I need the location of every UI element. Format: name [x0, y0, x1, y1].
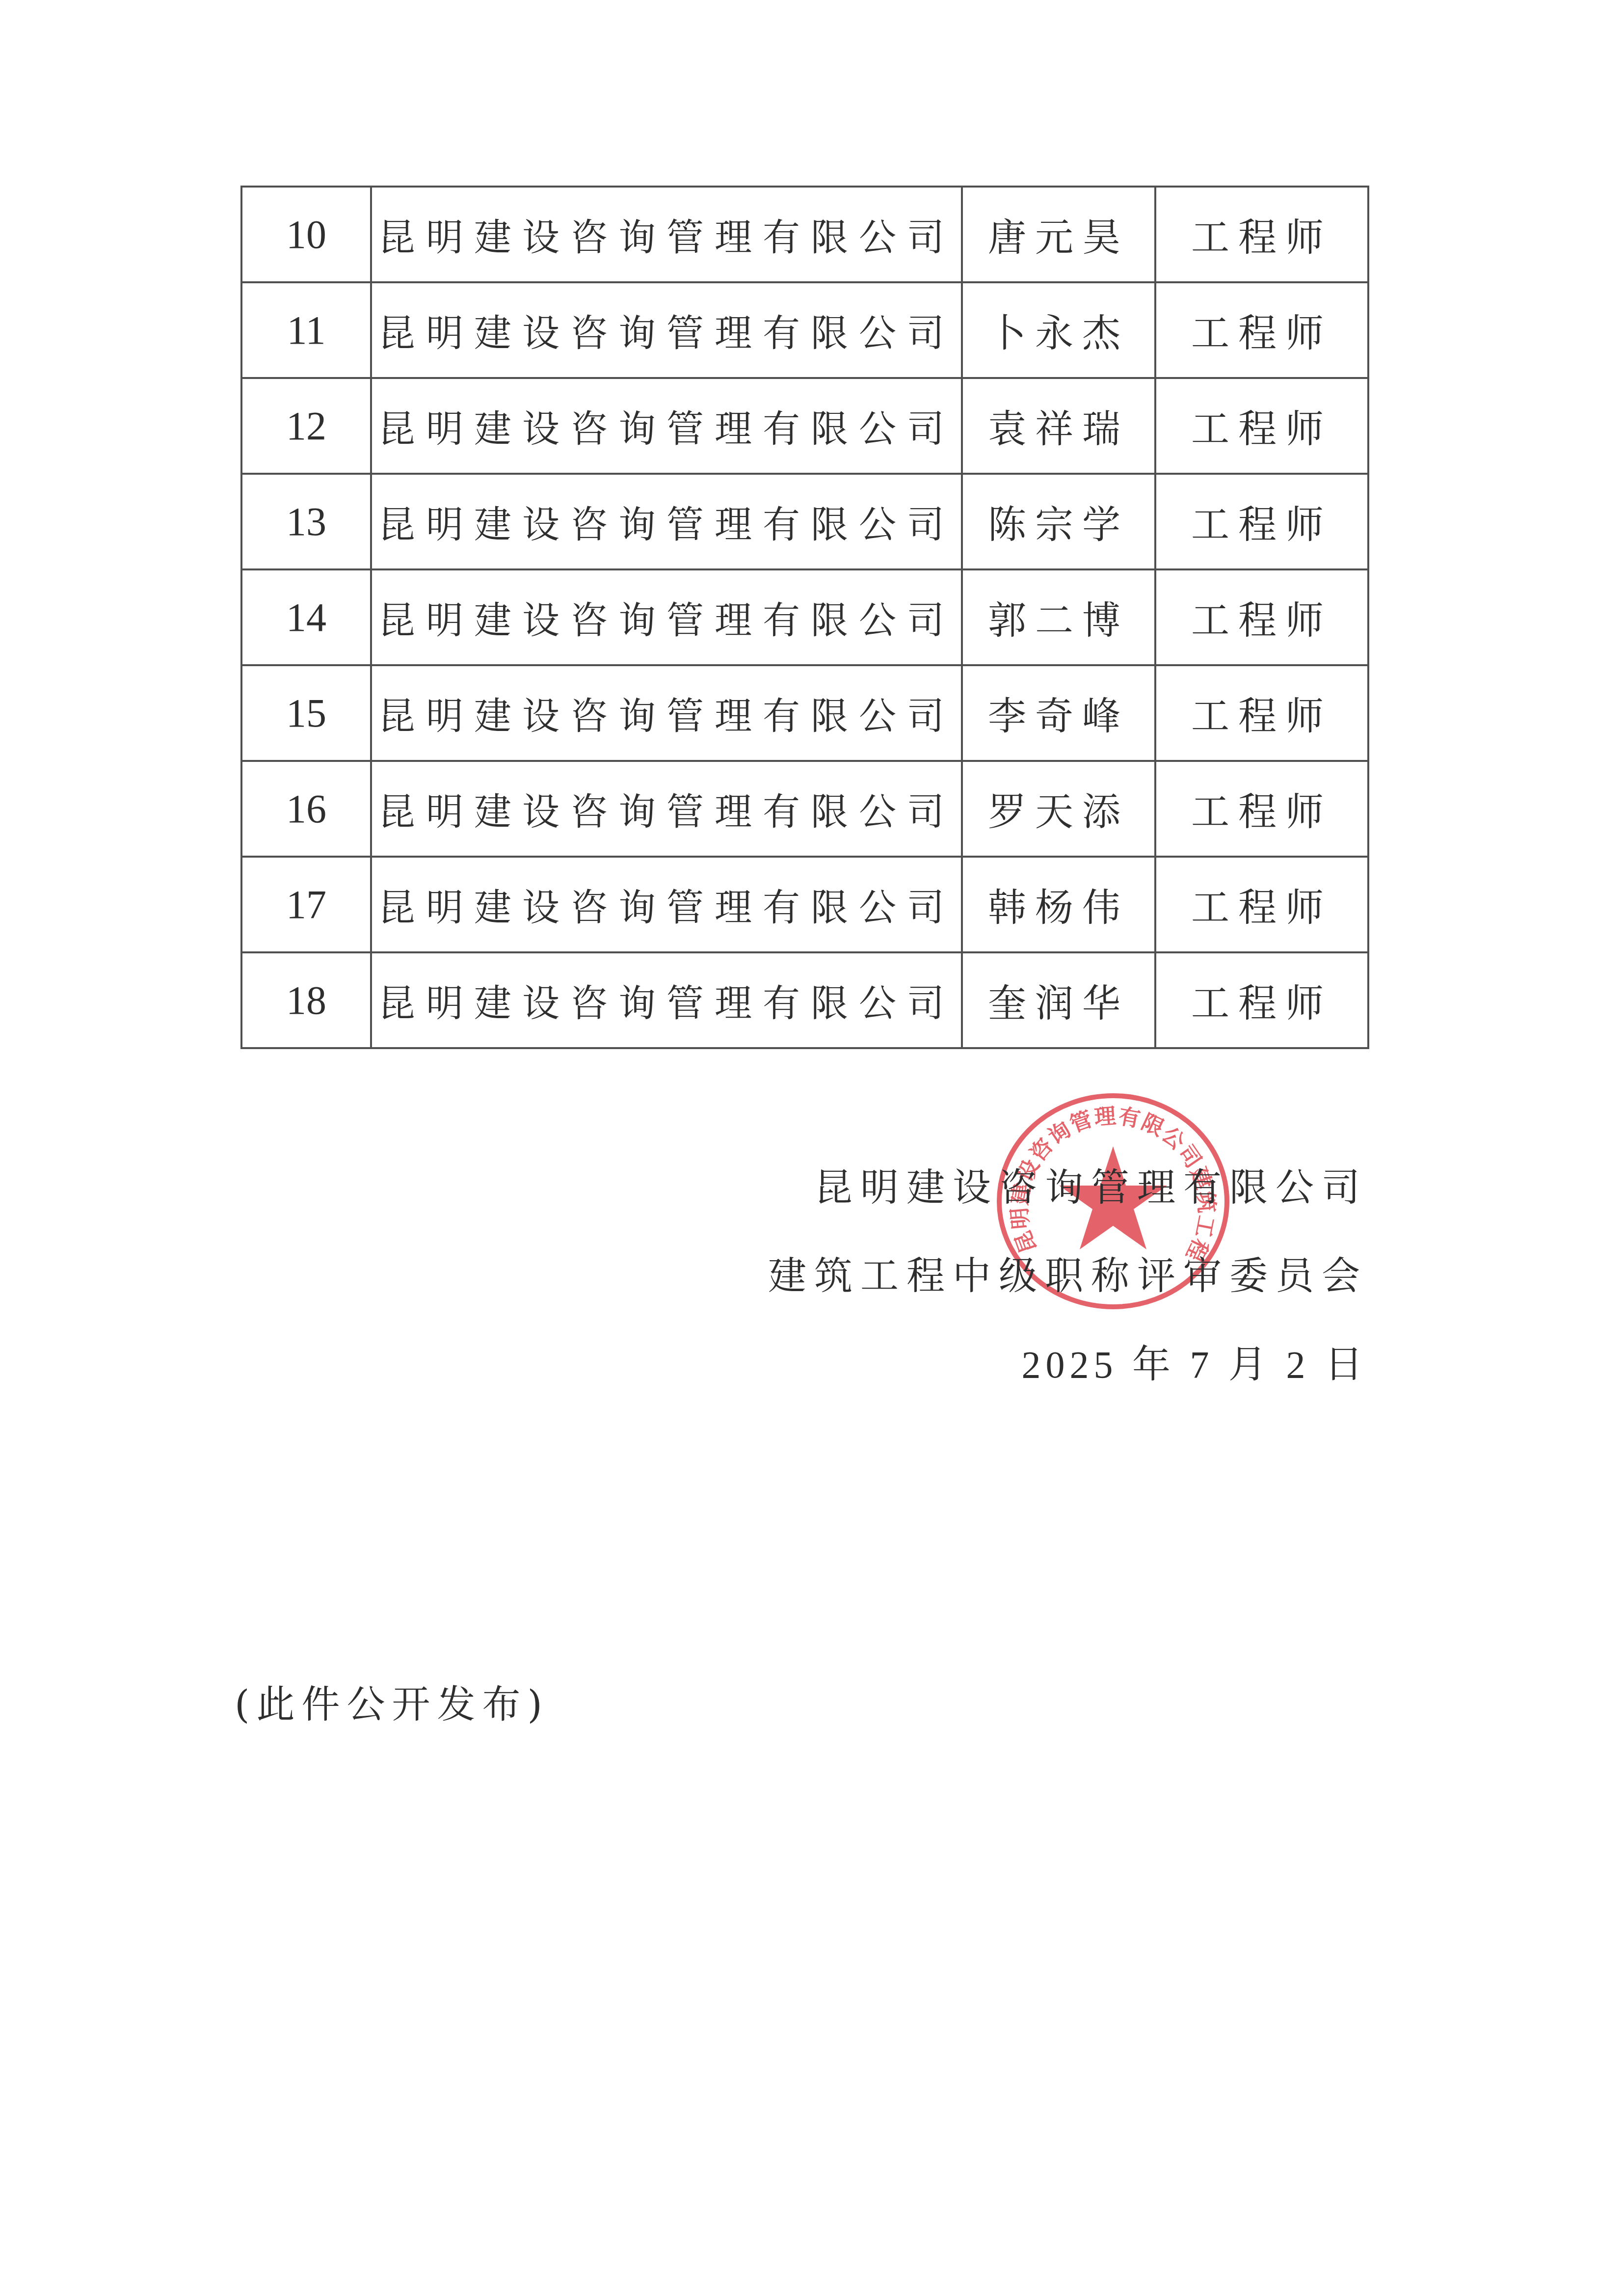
table-row: 12 昆明建设咨询管理有限公司 袁祥瑞 工程师	[241, 378, 1368, 474]
row-index: 15	[241, 665, 371, 761]
row-organization: 昆明建设咨询管理有限公司	[371, 474, 962, 569]
document-page: 10 昆明建设咨询管理有限公司 唐元昊 工程师 11 昆明建设咨询管理有限公司 …	[0, 0, 1623, 2296]
table-row: 15 昆明建设咨询管理有限公司 李奇峰 工程师	[241, 665, 1368, 761]
row-index: 16	[241, 761, 371, 857]
signature-block: 昆明建设咨询管理有限公司 建筑工程中级职称评审委员会 2025 年 7 月 2 …	[768, 1159, 1368, 1424]
row-index: 18	[241, 952, 371, 1048]
publication-note: (此件公开发布)	[235, 1674, 549, 1729]
row-index: 13	[241, 474, 371, 569]
row-title: 工程师	[1155, 569, 1368, 665]
row-index: 11	[241, 282, 371, 378]
row-index: 14	[241, 569, 371, 665]
row-organization: 昆明建设咨询管理有限公司	[371, 857, 962, 952]
row-name: 袁祥瑞	[962, 378, 1155, 474]
row-name: 李奇峰	[962, 665, 1155, 761]
row-organization: 昆明建设咨询管理有限公司	[371, 187, 962, 282]
signature-organization: 昆明建设咨询管理有限公司	[768, 1159, 1368, 1247]
row-organization: 昆明建设咨询管理有限公司	[371, 665, 962, 761]
row-organization: 昆明建设咨询管理有限公司	[371, 761, 962, 857]
table-row: 16 昆明建设咨询管理有限公司 罗天添 工程师	[241, 761, 1368, 857]
table-row: 10 昆明建设咨询管理有限公司 唐元昊 工程师	[241, 187, 1368, 282]
row-index: 17	[241, 857, 371, 952]
row-organization: 昆明建设咨询管理有限公司	[371, 282, 962, 378]
row-title: 工程师	[1155, 761, 1368, 857]
row-organization: 昆明建设咨询管理有限公司	[371, 569, 962, 665]
row-title: 工程师	[1155, 857, 1368, 952]
row-title: 工程师	[1155, 378, 1368, 474]
row-name: 卜永杰	[962, 282, 1155, 378]
table-row: 13 昆明建设咨询管理有限公司 陈宗学 工程师	[241, 474, 1368, 569]
row-name: 韩杨伟	[962, 857, 1155, 952]
row-title: 工程师	[1155, 187, 1368, 282]
row-index: 10	[241, 187, 371, 282]
row-name: 唐元昊	[962, 187, 1155, 282]
row-name: 奎润华	[962, 952, 1155, 1048]
row-title: 工程师	[1155, 665, 1368, 761]
row-name: 罗天添	[962, 761, 1155, 857]
row-title: 工程师	[1155, 282, 1368, 378]
table-row: 14 昆明建设咨询管理有限公司 郭二博 工程师	[241, 569, 1368, 665]
table-row: 17 昆明建设咨询管理有限公司 韩杨伟 工程师	[241, 857, 1368, 952]
row-name: 陈宗学	[962, 474, 1155, 569]
signature-date: 2025 年 7 月 2 日	[768, 1335, 1368, 1424]
row-organization: 昆明建设咨询管理有限公司	[371, 378, 962, 474]
signature-committee: 建筑工程中级职称评审委员会	[768, 1247, 1368, 1335]
roster-table: 10 昆明建设咨询管理有限公司 唐元昊 工程师 11 昆明建设咨询管理有限公司 …	[240, 186, 1369, 1049]
row-index: 12	[241, 378, 371, 474]
row-organization: 昆明建设咨询管理有限公司	[371, 952, 962, 1048]
row-title: 工程师	[1155, 952, 1368, 1048]
row-name: 郭二博	[962, 569, 1155, 665]
row-title: 工程师	[1155, 474, 1368, 569]
table-row: 11 昆明建设咨询管理有限公司 卜永杰 工程师	[241, 282, 1368, 378]
table-row: 18 昆明建设咨询管理有限公司 奎润华 工程师	[241, 952, 1368, 1048]
